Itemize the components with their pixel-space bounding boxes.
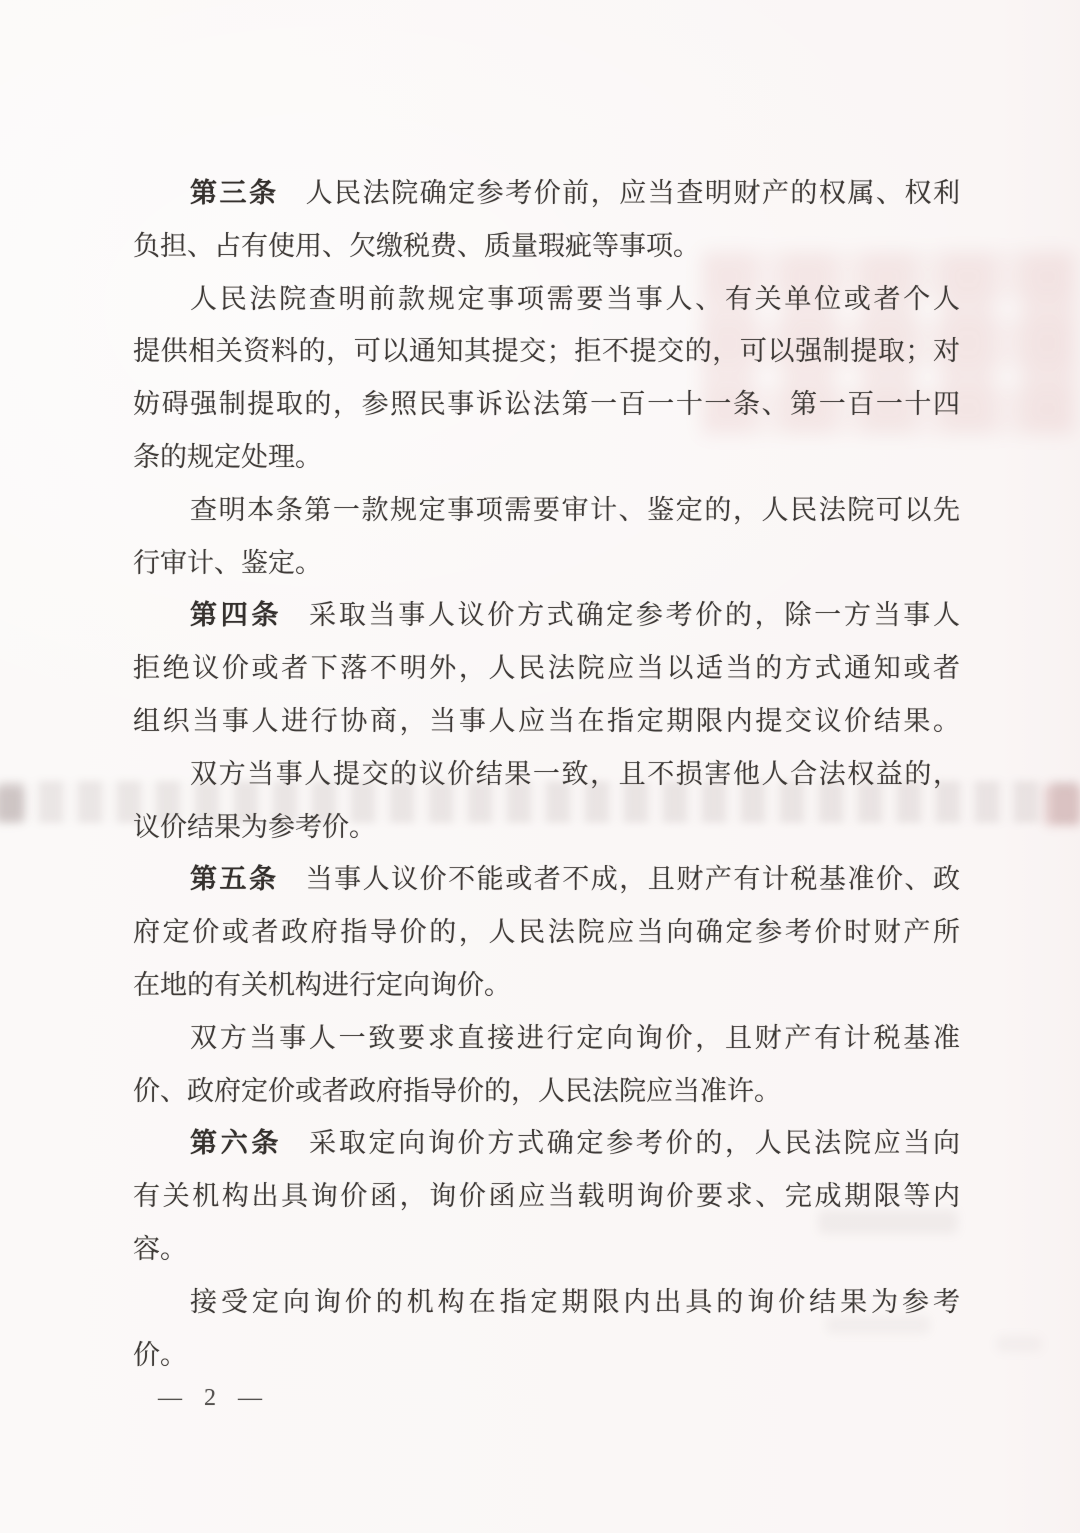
bleedthrough-blob — [996, 1336, 1042, 1352]
text-line: 第六条采取定向询价方式确定参考价的，人民法院应当向 — [133, 1117, 960, 1170]
line-text: 容。 — [133, 1234, 187, 1264]
text-line: 在地的有关机构进行定向询价。 — [133, 959, 960, 1012]
line-text: 双方当事人提交的议价结果一致，且不损害他人合法权益的， — [190, 759, 960, 789]
text-line: 双方当事人提交的议价结果一致，且不损害他人合法权益的， — [133, 748, 960, 801]
text-line: 查明本条第一款规定事项需要审计、鉴定的，人民法院可以先 — [133, 484, 960, 537]
text-line: 府定价或者政府指导价的，人民法院应当向确定参考价时财产所 — [133, 906, 960, 959]
text-line: 行审计、鉴定。 — [133, 537, 960, 590]
text-line: 负担、占有使用、欠缴税费、质量瑕疵等事项。 — [133, 220, 960, 273]
line-text: 行审计、鉴定。 — [133, 548, 322, 578]
line-text: 妨碍强制提取的，参照民事诉讼法第一百一十一条、第一百一十四 — [133, 389, 960, 419]
text-line: 容。 — [133, 1223, 960, 1276]
line-text: 价。 — [133, 1340, 187, 1370]
page-number: — 2 — — [158, 1381, 266, 1415]
line-text: 府定价或者政府指导价的，人民法院应当向确定参考价时财产所 — [133, 917, 960, 947]
line-text: 提供相关资料的，可以通知其提交；拒不提交的，可以强制提取；对 — [133, 336, 960, 366]
line-text: 价、政府定价或者政府指导价的，人民法院应当准许。 — [133, 1076, 781, 1106]
text-line: 拒绝议价或者下落不明外，人民法院应当以适当的方式通知或者 — [133, 642, 960, 695]
article-head: 第三条 — [190, 178, 279, 208]
line-text: 负担、占有使用、欠缴税费、质量瑕疵等事项。 — [133, 231, 700, 261]
bleedthrough-blob — [1044, 784, 1080, 826]
text-line: 人民法院查明前款规定事项需要当事人、有关单位或者个人 — [133, 273, 960, 326]
line-text: 采取定向询价方式确定参考价的，人民法院应当向 — [309, 1128, 960, 1158]
text-line: 提供相关资料的，可以通知其提交；拒不提交的，可以强制提取；对 — [133, 325, 960, 378]
line-text: 人民法院确定参考价前，应当查明财产的权属、权利 — [306, 178, 960, 208]
text-line: 第四条采取当事人议价方式确定参考价的，除一方当事人 — [133, 589, 960, 642]
line-text: 当事人议价不能或者不成，且财产有计税基准价、政 — [306, 864, 960, 894]
line-text: 有关机构出具询价函，询价函应当载明询价要求、完成期限等内 — [133, 1181, 960, 1211]
line-text: 采取当事人议价方式确定参考价的，除一方当事人 — [309, 600, 960, 630]
line-text: 人民法院查明前款规定事项需要当事人、有关单位或者个人 — [190, 284, 960, 314]
text-line: 组织当事人进行协商，当事人应当在指定期限内提交议价结果。 — [133, 695, 960, 748]
line-text: 议价结果为参考价。 — [133, 812, 376, 842]
text-line: 有关机构出具询价函，询价函应当载明询价要求、完成期限等内 — [133, 1170, 960, 1223]
article-head: 第五条 — [190, 864, 279, 894]
scanned-page: 第三条人民法院确定参考价前，应当查明财产的权属、权利负担、占有使用、欠缴税费、质… — [0, 0, 1080, 1533]
text-line: 第五条当事人议价不能或者不成，且财产有计税基准价、政 — [133, 853, 960, 906]
text-line: 第三条人民法院确定参考价前，应当查明财产的权属、权利 — [133, 167, 960, 220]
text-line: 妨碍强制提取的，参照民事诉讼法第一百一十一条、第一百一十四 — [133, 378, 960, 431]
line-text: 组织当事人进行协商，当事人应当在指定期限内提交议价结果。 — [133, 706, 960, 736]
text-line: 价、政府定价或者政府指导价的，人民法院应当准许。 — [133, 1065, 960, 1118]
text-line: 价。 — [133, 1329, 960, 1382]
line-text: 在地的有关机构进行定向询价。 — [133, 970, 511, 1000]
text-line: 条的规定处理。 — [133, 431, 960, 484]
article-head: 第六条 — [190, 1128, 282, 1158]
line-text: 接受定向询价的机构在指定期限内出具的询价结果为参考 — [190, 1287, 960, 1317]
bleedthrough-blob — [0, 786, 24, 822]
text-line: 议价结果为参考价。 — [133, 801, 960, 854]
line-text: 查明本条第一款规定事项需要审计、鉴定的，人民法院可以先 — [190, 495, 960, 525]
text-line: 双方当事人一致要求直接进行定向询价，且财产有计税基准 — [133, 1012, 960, 1065]
article-head: 第四条 — [190, 600, 282, 630]
text-line: 接受定向询价的机构在指定期限内出具的询价结果为参考 — [133, 1276, 960, 1329]
line-text: 条的规定处理。 — [133, 442, 322, 472]
line-text: 双方当事人一致要求直接进行定向询价，且财产有计税基准 — [190, 1023, 960, 1053]
document-body: 第三条人民法院确定参考价前，应当查明财产的权属、权利负担、占有使用、欠缴税费、质… — [133, 167, 960, 1381]
line-text: 拒绝议价或者下落不明外，人民法院应当以适当的方式通知或者 — [133, 653, 960, 683]
